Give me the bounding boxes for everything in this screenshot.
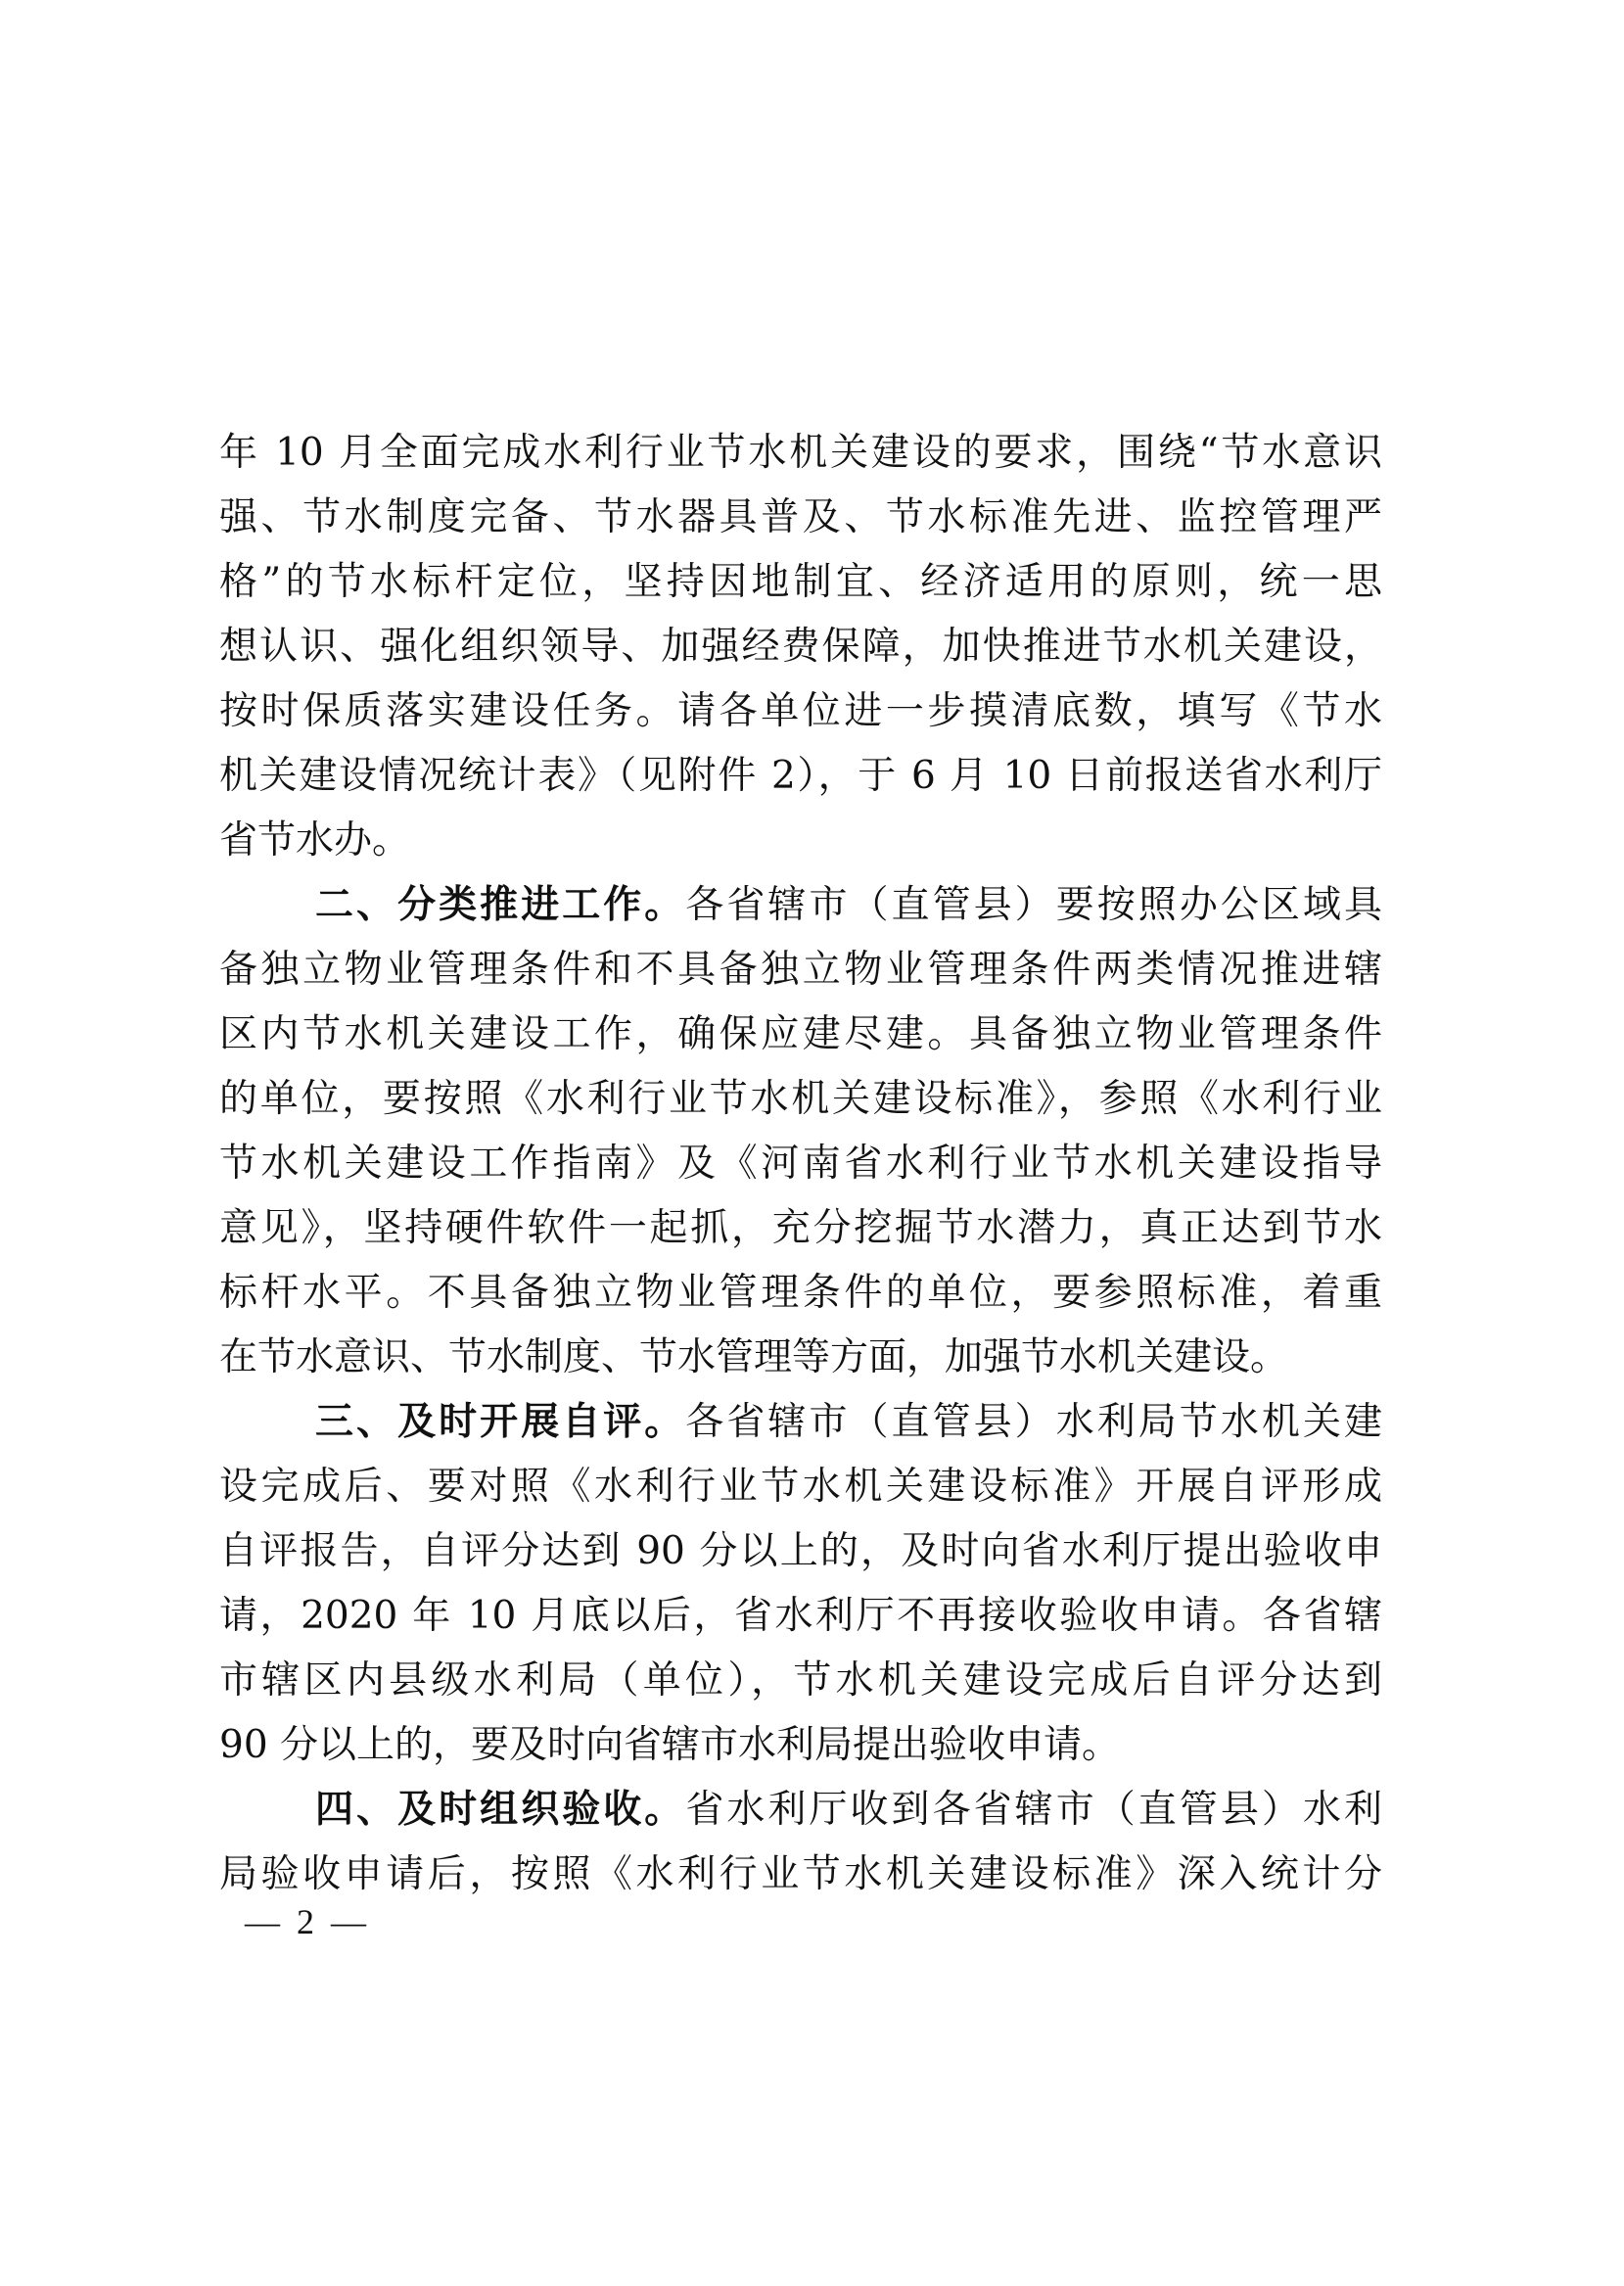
body-line: 省节水办。: [219, 809, 1382, 873]
body-line: 备独立物业管理条件和不具备独立物业管理条件两类情况推进辖: [219, 938, 1382, 1003]
body-line: 标杆水平。不具备独立物业管理条件的单位，要参照标准，着重: [219, 1261, 1382, 1326]
body-line: 在节水意识、节水制度、节水管理等方面，加强节水机关建设。: [219, 1326, 1382, 1390]
section-heading: 二、分类推进工作。: [315, 883, 685, 927]
body-line: 请，2020 年 10 月底以后，省水利厅不再接收验收申请。各省辖: [219, 1584, 1382, 1649]
body-line: 格”的节水标杆定位，坚持因地制宜、经济适用的原则，统一思: [219, 550, 1382, 615]
body-line: 90 分以上的，要及时向省辖市水利局提出验收申请。: [219, 1713, 1382, 1778]
body-line: 市辖区内县级水利局（单位），节水机关建设完成后自评分达到: [219, 1649, 1382, 1713]
body-line: 强、节水制度完备、节水器具普及、节水标准先进、监控管理严: [219, 486, 1382, 550]
body-line: 局验收申请后，按照《水利行业节水机关建设标准》深入统计分: [219, 1843, 1382, 1907]
section-heading: 四、及时组织验收。: [315, 1788, 685, 1832]
page-number: — 2 —: [245, 1899, 370, 1944]
body-line: 的单位，要按照《水利行业节水机关建设标准》，参照《水利行业: [219, 1067, 1382, 1132]
body-line: 想认识、强化组织领导、加强经费保障，加快推进节水机关建设，: [219, 615, 1382, 679]
document-page: 年 10 月全面完成水利行业节水机关建设的要求，围绕“节水意识 强、节水制度完备…: [0, 0, 1624, 2286]
body-line: 节水机关建设工作指南》及《河南省水利行业节水机关建设指导: [219, 1132, 1382, 1196]
section-4-first-line: 四、及时组织验收。省水利厅收到各省辖市（直管县）水利: [315, 1778, 1382, 1843]
body-line: 自评报告，自评分达到 90 分以上的，及时向省水利厅提出验收申: [219, 1519, 1382, 1584]
section-heading: 三、及时开展自评。: [315, 1400, 685, 1444]
body-line: 意见》，坚持硬件软件一起抓，充分挖掘节水潜力，真正达到节水: [219, 1196, 1382, 1261]
section-text: 各省辖市（直管县）水利局节水机关建: [685, 1400, 1382, 1444]
section-2-first-line: 二、分类推进工作。各省辖市（直管县）要按照办公区域具: [315, 873, 1382, 938]
section-text: 各省辖市（直管县）要按照办公区域具: [685, 883, 1382, 927]
section-text: 省水利厅收到各省辖市（直管县）水利: [685, 1788, 1382, 1832]
body-line: 按时保质落实建设任务。请各单位进一步摸清底数，填写《节水: [219, 679, 1382, 744]
body-line: 区内节水机关建设工作，确保应建尽建。具备独立物业管理条件: [219, 1003, 1382, 1067]
body-line: 年 10 月全面完成水利行业节水机关建设的要求，围绕“节水意识: [219, 421, 1382, 486]
section-3-first-line: 三、及时开展自评。各省辖市（直管县）水利局节水机关建: [315, 1390, 1382, 1455]
body-line: 设完成后、要对照《水利行业节水机关建设标准》开展自评形成: [219, 1455, 1382, 1519]
body-line: 机关建设情况统计表》（见附件 2），于 6 月 10 日前报送省水利厅: [219, 744, 1382, 809]
